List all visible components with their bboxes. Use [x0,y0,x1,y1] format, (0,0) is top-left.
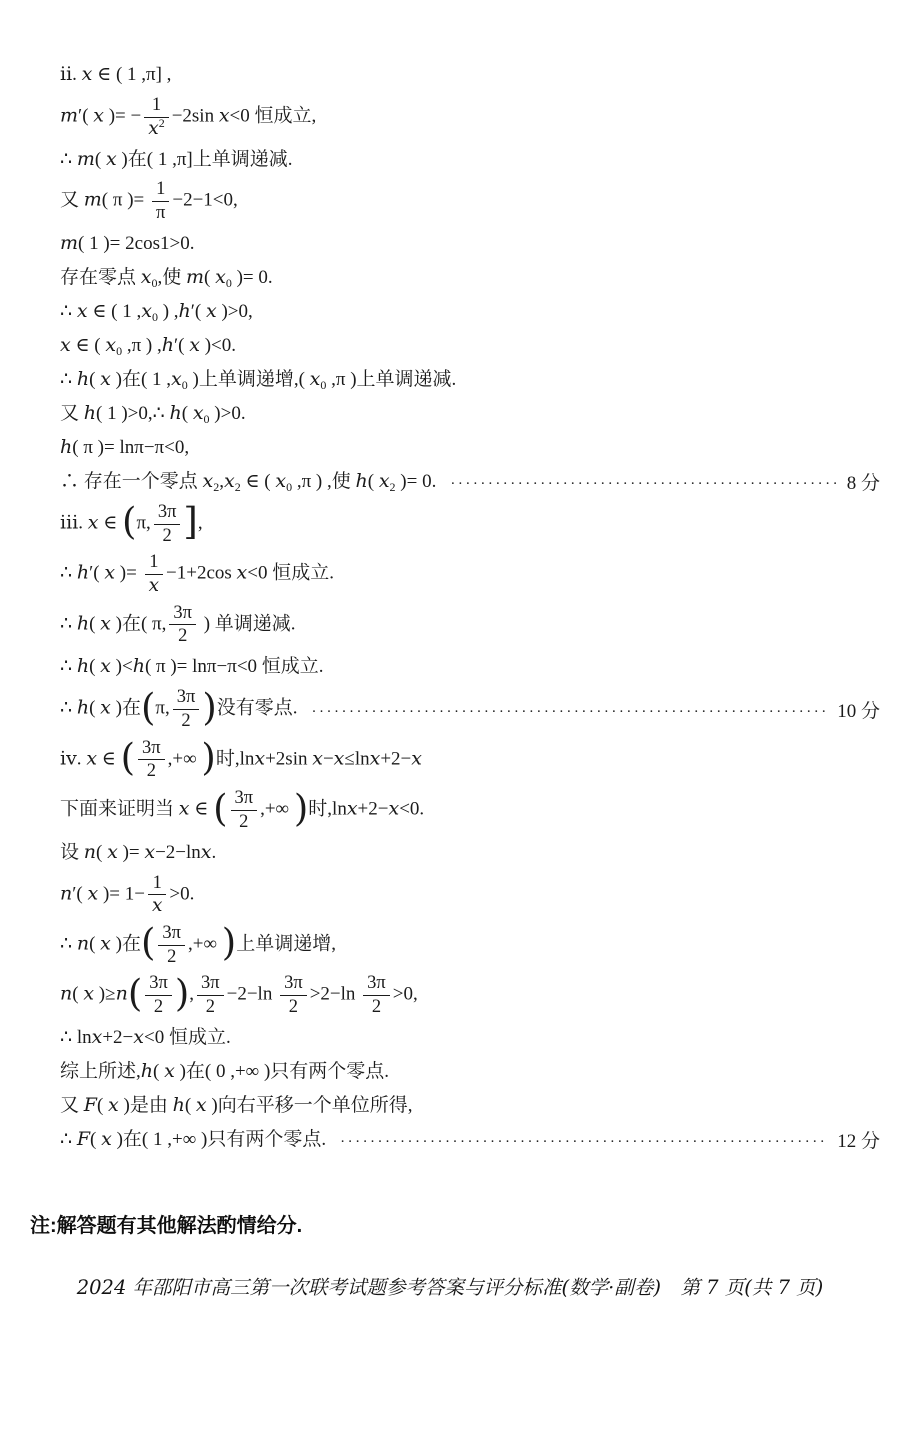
formula-content: 下面来证明当 x ∈ (3π2,+∞ )时,lnx+2−x<0. [60,787,424,833]
fraction-numerator: 3π [363,973,390,996]
formula-content: ⅲ. x ∈ (π,3π2], [60,501,203,547]
line-h-pi: h( π )= lnπ−π<0, [60,433,880,463]
math-variable: x [101,1128,112,1150]
math-text: ( [153,1061,164,1082]
math-text: 时,ln [216,748,255,769]
big-bracket: ( [121,736,135,779]
math-superscript: 2 [159,116,165,130]
math-text: )在( 1 , [111,369,171,390]
math-variable: h [179,300,191,322]
math-variable: x [148,118,158,139]
line-h-less-hpi: ∴ h( x )<h( π )= lnπ−π<0 恒成立. [60,652,880,682]
dotted-leader: ········································… [340,1134,827,1151]
answer-sheet-page: ⅱ. x ∈ ( 1 ,π] ,m′( x )= −1x2−2sin x<0 恒… [0,0,900,1439]
math-text: ,使 [157,267,186,288]
math-text: 3π [158,502,177,522]
math-text: ′( [89,563,104,584]
math-text: 下面来证明当 [60,799,179,820]
math-text: ( [182,403,193,424]
fraction: 3π2 [197,973,224,1017]
math-variable: x [100,697,111,719]
math-text: 存在零点 [60,267,141,288]
math-text: , [198,512,203,533]
formula-content: x ∈ ( x0 ,π ) ,h′( x )<0. [60,332,236,360]
math-text: )= [118,842,145,863]
line-h-prime-expr: ∴ h′( x )= 1x−1+2cos x<0 恒成立. [60,551,880,597]
math-variable: n [60,983,72,1005]
math-text: ) , [158,301,179,322]
score-label: 10 分 [837,696,880,723]
math-variable: h [162,334,174,356]
math-variable: x [411,747,422,769]
math-text: ( [96,842,107,863]
line-m-decreasing: ∴ m( x )在( 1 ,π]上单调递减. [60,144,880,174]
fraction-numerator: 1 [145,552,163,575]
math-variable: x [100,933,111,955]
math-variable: x [87,882,98,904]
formula-content: 又 F( x )是由 h( x )向右平移一个单位所得, [60,1092,412,1120]
dotted-leader: ········································… [450,476,836,493]
math-variable: n [116,983,128,1005]
fraction-numerator: 3π [280,973,307,996]
math-variable: x [237,562,248,584]
formula-content: ∴ h′( x )= 1x−1+2cos x<0 恒成立. [60,551,334,597]
math-text: ,+∞ [168,748,202,769]
formula-content: m( 1 )= 2cos1>0. [60,230,194,258]
math-text: <0 恒成立, [230,106,317,127]
solution-lines: ⅱ. x ∈ ( 1 ,π] ,m′( x )= −1x2−2sin x<0 恒… [60,60,880,1155]
math-text: 时,ln [308,799,347,820]
math-variable: x [105,334,116,356]
math-text: ( [89,369,100,390]
math-text: ∴ 存在一个零点 [60,471,203,492]
fraction-numerator: 3π [231,788,258,811]
fraction-numerator: 3π [158,923,185,946]
math-text: ( [89,656,100,677]
line-zero-x0: 存在零点 x0,使 m( x0 )= 0. [60,263,880,293]
formula-content: h( π )= lnπ−π<0, [60,434,189,462]
dotted-leader: ········································… [312,704,828,721]
formula-content: m′( x )= −1x2−2sin x<0 恒成立, [60,94,316,140]
formula-content: ∴ h( x )在(π,3π2)没有零点. [60,686,298,732]
formula-content: ∴ 存在一个零点 x2,x2 ∈ ( x0 ,π ) ,使 h( x2 )= 0… [60,468,436,496]
formula-content: ∴ h( x )<h( π )= lnπ−π<0 恒成立. [60,653,324,681]
formula-content: 又 m( π )= 1π−2−1<0, [60,178,238,224]
math-text: ( π )= lnπ−π<0, [72,437,189,458]
math-text: ∈ [189,799,213,820]
math-variable: x [179,798,190,820]
math-variable: h [84,402,96,424]
fraction-denominator: x [148,895,166,917]
math-text: −2−1<0, [172,190,237,211]
math-text: 3π [235,788,254,808]
math-text: )< [111,656,133,677]
math-text: ( [368,471,379,492]
fraction-denominator: 2 [363,996,390,1018]
math-variable: x [93,105,104,127]
math-text: )向右平移一个单位所得, [207,1095,413,1116]
math-variable: x [312,747,323,769]
math-variable: n [77,933,89,955]
fraction: 3π2 [138,738,165,782]
math-text: ( 1 )= 2cos1>0. [78,233,194,254]
line-h-values: 又 h( 1 )>0,∴ h( x0 )>0. [60,399,880,429]
formula-content: n( x )≥n(3π2),3π2−2−ln 3π2>2−ln 3π2>0, [60,972,418,1018]
math-variable: x [149,575,159,596]
math-text: 2 [178,626,187,646]
math-variable: x [106,148,117,170]
big-bracket: ( [128,972,142,1015]
fraction-denominator: 2 [173,710,200,732]
math-text: ⅲ. [60,512,88,533]
math-variable: x [141,266,152,288]
math-text: π, [136,512,150,533]
line-iv-interval: ⅳ. x ∈ (3π2,+∞ )时,lnx+2sin x−x≤lnx+2−x [60,737,880,783]
formula-content: ∴ lnx+2−x<0 恒成立. [60,1024,231,1052]
math-variable: x [310,368,321,390]
math-variable: h [60,436,72,458]
math-variable: x [152,895,162,916]
math-text: >0. [169,883,194,904]
math-variable: F [77,1128,90,1150]
math-variable: x [347,798,358,820]
fraction-denominator: 2 [138,760,165,782]
big-bracket: ( [141,921,155,964]
math-variable: x [171,368,182,390]
math-variable: x [100,612,111,634]
math-text: 又 [60,403,84,424]
math-text: )= 0. [396,471,437,492]
formula-content: ∴ F( x )在( 1 ,+∞ )只有两个零点. [60,1126,326,1154]
fraction-denominator: 2 [280,996,307,1018]
fraction-numerator: 3π [197,973,224,996]
math-variable: h [77,562,89,584]
math-text: 上单调递增, [236,934,336,955]
math-text: ,π )上单调递减. [326,369,456,390]
math-variable: x [201,841,212,863]
fraction: 1x [145,552,163,596]
fraction-numerator: 1 [144,95,168,118]
math-text: ( [89,698,100,719]
math-text: 又 [60,1095,84,1116]
math-text: )<0. [200,335,236,356]
math-variable: x [334,747,345,769]
math-variable: x [108,1094,119,1116]
math-text: ⅱ. [60,64,82,85]
math-text: ∴ [60,613,77,634]
math-text: ∈ [98,512,122,533]
fraction-denominator: 2 [231,811,258,833]
math-variable: x [254,747,265,769]
line-no-zeros: ∴ h( x )在(π,3π2)没有零点.···················… [60,686,880,732]
math-variable: F [84,1094,97,1116]
math-text: 2 [154,997,163,1017]
fraction-denominator: x2 [144,118,168,140]
line-n-bound: n( x )≥n(3π2),3π2−2−ln 3π2>2−ln 3π2>0, [60,972,880,1018]
line-zero-x2: ∴ 存在一个零点 x2,x2 ∈ ( x0 ,π ) ,使 h( x2 )= 0… [60,467,880,497]
math-text: ∈ ( [71,335,106,356]
math-text: )>0, [217,301,253,322]
line-define-n: 设 n( x )= x−2−lnx. [60,838,880,868]
math-text: ( [204,267,215,288]
math-text: )是由 [119,1095,173,1116]
fraction-denominator: 2 [158,946,185,968]
line-n-prime: n′( x )= 1−1x>0. [60,872,880,918]
math-text: . [212,842,217,863]
math-variable: x [141,300,152,322]
math-text: ′( [174,335,189,356]
fraction-numerator: 3π [169,603,196,626]
big-bracket: ] [183,500,197,543]
math-variable: x [133,1026,144,1048]
math-text: 又 [60,190,84,211]
math-text: )≥ [94,984,116,1005]
math-text: ( π )= [102,190,149,211]
math-text: )上单调递增,( [188,369,310,390]
math-text: >2−ln [310,984,360,1005]
math-variable: m [60,232,78,254]
math-text: 3π [284,973,303,993]
math-text: >0, [393,984,418,1005]
math-variable: x [100,655,111,677]
math-variable: x [60,334,71,356]
line-lnx-conclusion: ∴ lnx+2−x<0 恒成立. [60,1023,880,1053]
fraction-denominator: π [152,202,169,224]
math-text: +2sin [265,748,312,769]
math-text: π, [155,698,169,719]
math-text: 2 [372,997,381,1017]
fraction-numerator: 1 [152,179,169,202]
math-text: 1 [149,552,158,572]
math-text: +2− [102,1027,133,1048]
math-text: ,π ) , [122,335,162,356]
math-text: −2sin [172,106,219,127]
math-text: 2 [239,812,248,832]
fraction: 1π [152,179,169,223]
math-variable: h [141,1060,153,1082]
math-text: ∴ [60,369,77,390]
math-text: ∴ [60,301,77,322]
line-ii-interval: ⅱ. x ∈ ( 1 ,π] , [60,60,880,90]
math-text: )在( 0 ,+∞ )只有两个零点. [175,1061,389,1082]
math-text: π [156,203,165,223]
math-text: )在 [111,698,141,719]
math-text: 3π [173,603,192,623]
math-variable: x [86,747,97,769]
math-text: ′( [78,106,93,127]
math-text: )在( 1 ,π]上单调递减. [117,149,293,170]
math-variable: x [370,747,381,769]
fraction: 3π2 [231,788,258,832]
big-bracket: ) [202,686,216,729]
line-prove-claim: 下面来证明当 x ∈ (3π2,+∞ )时,lnx+2−x<0. [60,787,880,833]
math-text: , [189,984,194,1005]
math-variable: h [77,368,89,390]
math-variable: x [193,402,204,424]
math-variable: x [104,562,115,584]
line-m-one: m( 1 )= 2cos1>0. [60,229,880,259]
math-variable: x [107,841,118,863]
math-variable: x [92,1026,103,1048]
line-m-pi: 又 m( π )= 1π−2−1<0, [60,178,880,224]
big-bracket: ( [213,787,227,830]
math-variable: h [133,655,145,677]
math-text: ( [90,1129,101,1150]
math-text: ( [89,613,100,634]
math-text: ( π )= lnπ−π<0 恒成立. [145,656,324,677]
fraction-denominator: 2 [154,525,181,547]
math-text: ∈ ( 1 ,π] , [92,64,171,85]
math-variable: x [77,300,88,322]
math-text: −2−ln [155,842,201,863]
math-variable: m [60,105,78,127]
formula-content: n′( x )= 1−1x>0. [60,872,194,918]
line-m-prime: m′( x )= −1x2−2sin x<0 恒成立, [60,94,880,140]
math-text: 2 [206,997,215,1017]
math-variable: x [379,470,390,492]
math-text: <0 恒成立. [247,563,334,584]
math-text: ( [72,984,83,1005]
math-variable: x [189,334,200,356]
formula-content: 存在零点 x0,使 m( x0 )= 0. [60,264,273,292]
math-text: 3π [149,973,168,993]
fraction-denominator: 2 [169,625,196,647]
math-variable: x [224,470,235,492]
math-variable: x [388,798,399,820]
line-h-monotonic: ∴ h( x )在( 1 ,x0 )上单调递增,( x0 ,π )上单调递减. [60,365,880,395]
formula-content: ∴ m( x )在( 1 ,π]上单调递减. [60,146,293,174]
math-variable: x [275,470,286,492]
math-text: 没有零点. [217,698,298,719]
math-text: ,+∞ [260,799,294,820]
math-text: +2− [358,799,389,820]
math-text: <0. [399,799,424,820]
big-bracket: ( [141,686,155,729]
math-text: ( [97,1095,108,1116]
math-text: ⅳ. [60,748,86,769]
formula-content: 又 h( 1 )>0,∴ h( x0 )>0. [60,400,246,428]
math-variable: h [173,1094,185,1116]
math-text: 2 [167,947,176,967]
math-text: ∴ [60,149,77,170]
formula-content: ∴ x ∈ ( 1 ,x0 ) ,h′( x )>0, [60,298,253,326]
fraction-numerator: 3π [138,738,165,761]
fraction: 3π2 [280,973,307,1017]
math-variable: h [77,655,89,677]
line-h-prime-positive: ∴ x ∈ ( 1 ,x0 ) ,h′( x )>0, [60,297,880,327]
math-variable: x [144,841,155,863]
math-text: −1+2cos [166,563,237,584]
big-bracket: ) [222,921,236,964]
score-label: 12 分 [837,1126,880,1153]
fraction-denominator: 2 [145,996,172,1018]
math-variable: x [164,1060,175,1082]
math-text: 2 [162,526,171,546]
big-bracket: ( [122,500,136,543]
math-text: 2 [181,711,190,731]
math-text: )在( π, [111,613,167,634]
math-text: )在 [111,934,141,955]
math-text: 设 [60,842,84,863]
math-variable: m [77,148,95,170]
math-variable: x [215,266,226,288]
math-variable: n [84,841,96,863]
math-text: ≤ln [344,748,369,769]
math-text: )= [115,563,142,584]
line-n-increasing: ∴ n( x )在(3π2,+∞ )上单调递增, [60,922,880,968]
fraction-denominator: x [145,575,163,597]
math-text: ) 单调递减. [199,613,296,634]
score-label: 8 分 [847,468,880,495]
fraction: 3π2 [158,923,185,967]
math-text: )在( 1 ,+∞ )只有两个零点. [112,1129,326,1150]
math-variable: x [100,368,111,390]
fraction: 3π2 [154,502,181,546]
math-text: ( 1 )>0,∴ [96,403,169,424]
big-bracket: ) [175,972,189,1015]
math-text: 1 [156,179,165,199]
line-summary: 综上所述,h( x )在( 0 ,+∞ )只有两个零点. [60,1057,880,1087]
math-text: ∴ [60,563,77,584]
fraction: 1x2 [144,95,168,139]
math-variable: m [84,189,102,211]
formula-content: ∴ n( x )在(3π2,+∞ )上单调递增, [60,922,336,968]
math-text: ∈ [97,748,121,769]
math-variable: x [83,983,94,1005]
math-text: ,+∞ [188,934,222,955]
math-text: <0 恒成立. [144,1027,231,1048]
fraction-numerator: 3π [145,973,172,996]
math-text: 3π [177,687,196,707]
formula-content: ∴ h( x )在( 1 ,x0 )上单调递增,( x0 ,π )上单调递减. [60,366,456,394]
math-text: +2− [380,748,411,769]
fraction-denominator: 2 [197,996,224,1018]
line-h-prime-negative: x ∈ ( x0 ,π ) ,h′( x )<0. [60,331,880,361]
math-text: ∴ [60,934,77,955]
math-text: 2 [147,761,156,781]
math-text: 2 [289,997,298,1017]
math-variable: x [206,300,217,322]
big-bracket: ) [294,787,308,830]
math-text: ∈ ( [241,471,276,492]
math-text: )= 0. [232,267,273,288]
math-text: ∈ ( 1 , [88,301,142,322]
math-text: ′( [191,301,206,322]
math-text: − [323,748,334,769]
math-variable: h [169,402,181,424]
fraction: 1x [148,873,166,917]
math-variable: h [77,697,89,719]
formula-content: 综上所述,h( x )在( 0 ,+∞ )只有两个零点. [60,1058,389,1086]
page-footer: 2024 年邵阳市高三第一次联考试题参考答案与评分标准(数学·副卷) 第 7 页… [15,1272,885,1300]
math-text: 3π [142,738,161,758]
math-text: ∴ ln [60,1027,92,1048]
fraction-numerator: 3π [173,687,200,710]
math-text: 3π [162,923,181,943]
line-f-translation: 又 F( x )是由 h( x )向右平移一个单位所得, [60,1091,880,1121]
line-f-zeros: ∴ F( x )在( 1 ,+∞ )只有两个零点.···············… [60,1125,880,1155]
fraction-numerator: 1 [148,873,166,896]
math-variable: m [186,266,204,288]
math-variable: h [356,470,368,492]
math-text: ′( [72,883,87,904]
math-text: 1 [153,873,162,893]
math-text: ( [185,1095,196,1116]
math-text: ( [95,149,106,170]
fraction-numerator: 3π [154,502,181,525]
math-text: )= − [104,106,141,127]
formula-content: ∴ h( x )在( π,3π2 ) 单调递减. [60,602,296,648]
